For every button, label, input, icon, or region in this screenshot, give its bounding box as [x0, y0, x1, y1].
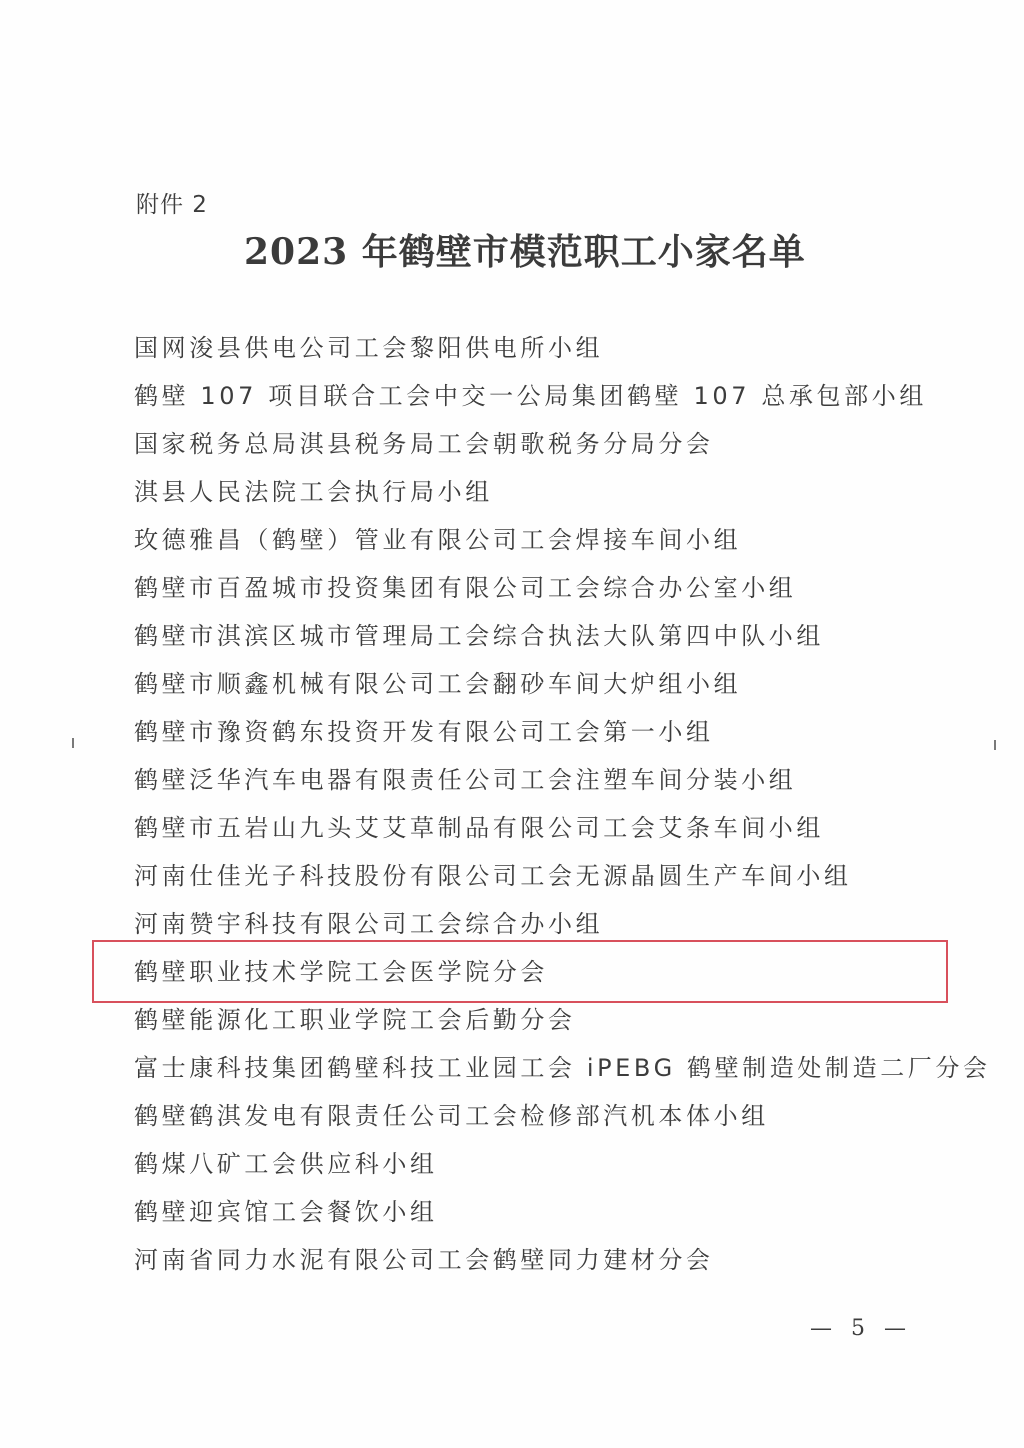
list-item: 鹤壁市豫资鹤东投资开发有限公司工会第一小组 [134, 712, 991, 760]
highlight-box [92, 940, 948, 1003]
document-page: 附件 2 2023 年鹤壁市模范职工小家名单 国网浚县供电公司工会黎阳供电所小组… [0, 0, 1024, 1448]
list-item: 鹤壁 107 项目联合工会中交一公局集团鹤壁 107 总承包部小组 [134, 376, 991, 424]
list-item: 玫德雅昌（鹤壁）管业有限公司工会焊接车间小组 [134, 520, 991, 568]
attachment-label: 附件 2 [136, 186, 208, 219]
list-item: 国家税务总局淇县税务局工会朝歌税务分局分会 [134, 424, 991, 472]
binding-mark-right [994, 740, 996, 750]
list-item: 鹤壁市五岩山九头艾艾草制品有限公司工会艾条车间小组 [134, 808, 991, 856]
binding-mark-left [72, 738, 74, 748]
list-item: 国网浚县供电公司工会黎阳供电所小组 [134, 328, 991, 376]
list-item: 鹤壁市淇滨区城市管理局工会综合执法大队第四中队小组 [134, 616, 991, 664]
list-item: 鹤壁鹤淇发电有限责任公司工会检修部汽机本体小组 [134, 1096, 991, 1144]
list-item: 鹤壁能源化工职业学院工会后勤分会 [134, 1000, 991, 1048]
list-item: 鹤壁迎宾馆工会餐饮小组 [134, 1192, 991, 1240]
list-item: 河南仕佳光子科技股份有限公司工会无源晶圆生产车间小组 [134, 856, 991, 904]
list-item: 鹤壁市顺鑫机械有限公司工会翻砂车间大炉组小组 [134, 664, 991, 712]
list-item: 鹤壁泛华汽车电器有限责任公司工会注塑车间分装小组 [134, 760, 991, 808]
list-item: 鹤煤八矿工会供应科小组 [134, 1144, 991, 1192]
list-item: 鹤壁市百盈城市投资集团有限公司工会综合办公室小组 [134, 568, 991, 616]
list-item: 富士康科技集团鹤壁科技工业园工会 iPEBG 鹤壁制造处制造二厂分会 [134, 1048, 991, 1096]
list-item: 河南省同力水泥有限公司工会鹤壁同力建材分会 [134, 1240, 991, 1288]
page-number: — 5 — [810, 1316, 912, 1341]
honoree-list: 国网浚县供电公司工会黎阳供电所小组 鹤壁 107 项目联合工会中交一公局集团鹤壁… [134, 328, 991, 1288]
list-item: 淇县人民法院工会执行局小组 [134, 472, 991, 520]
document-title: 2023 年鹤壁市模范职工小家名单 [244, 224, 806, 275]
